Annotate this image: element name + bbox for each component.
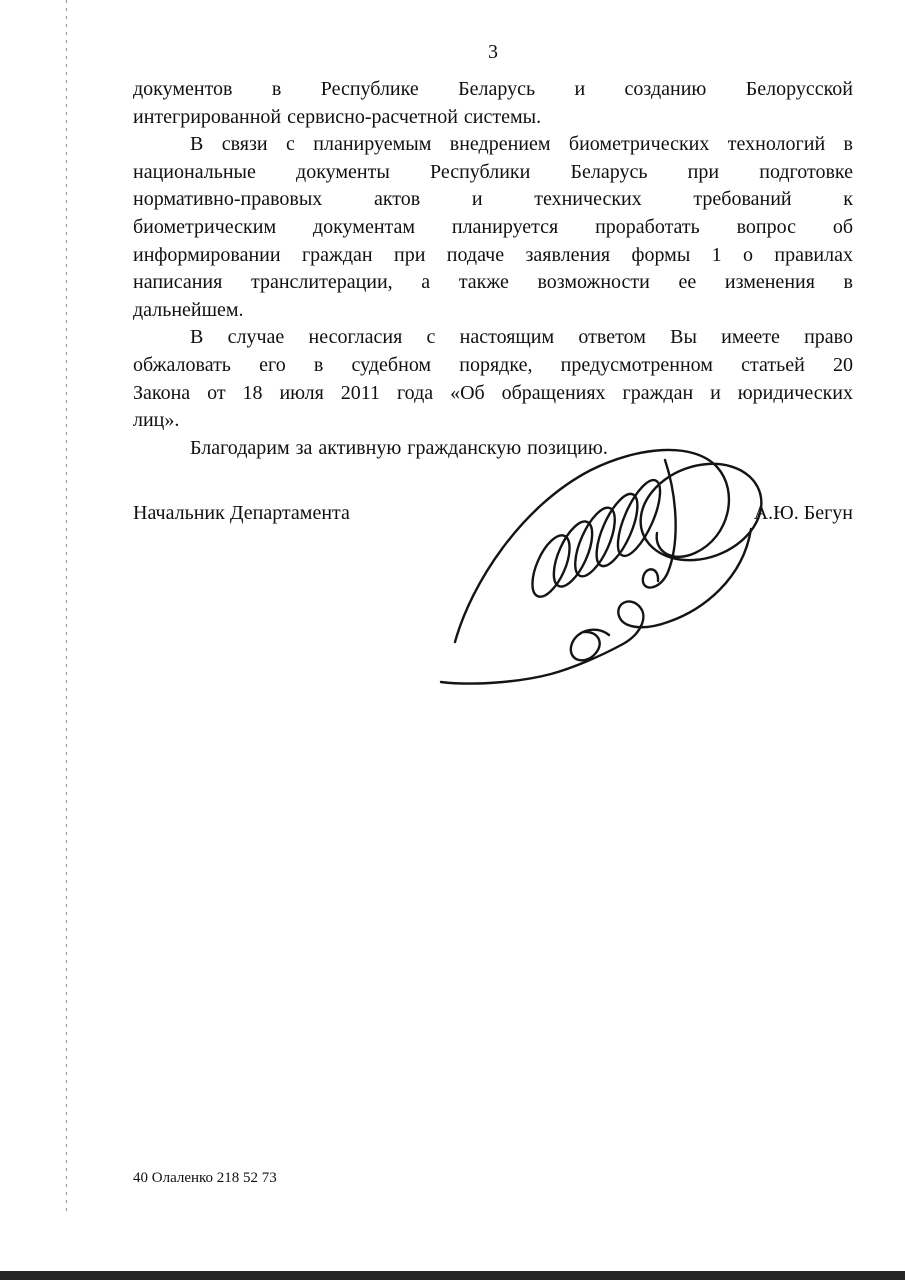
text-line: национальные документы Республики Белару… bbox=[133, 159, 853, 187]
scan-bottom-edge-bar bbox=[0, 1271, 905, 1280]
text-line: Благодарим за активную гражданскую позиц… bbox=[133, 435, 853, 463]
executor-footer-note: 40 Олаленко 218 52 73 bbox=[133, 1168, 277, 1188]
page-number: 3 bbox=[133, 40, 853, 64]
scan-edge-dashed-line bbox=[66, 0, 67, 1216]
text-line: дальнейшем. bbox=[133, 297, 853, 325]
letter-body: документов в Республике Беларусь и созда… bbox=[133, 76, 853, 462]
text-line: биометрическим документам планируется пр… bbox=[133, 214, 853, 242]
signatory-name: А.Ю. Бегун bbox=[754, 500, 853, 527]
text-line: интегрированной сервисно-расчетной систе… bbox=[133, 104, 853, 132]
text-line: написания транслитерации, а также возмож… bbox=[133, 269, 853, 297]
text-line: документов в Республике Беларусь и созда… bbox=[133, 76, 853, 104]
signatory-role: Начальник Департамента bbox=[133, 500, 350, 527]
text-line: обжаловать его в судебном порядке, преду… bbox=[133, 352, 853, 380]
text-line: нормативно-правовых актов и технических … bbox=[133, 186, 853, 214]
text-line: Закона от 18 июля 2011 года «Об обращени… bbox=[133, 380, 853, 408]
scanned-letter-page: 3 документов в Республике Беларусь и соз… bbox=[0, 0, 905, 1280]
text-line: В случае несогласия с настоящим ответом … bbox=[133, 324, 853, 352]
signature-block: Начальник Департамента А.Ю. Бегун bbox=[133, 500, 853, 527]
text-line: лиц». bbox=[133, 407, 853, 435]
text-line: информировании граждан при подаче заявле… bbox=[133, 242, 853, 270]
text-line: В связи с планируемым внедрением биометр… bbox=[133, 131, 853, 159]
handwritten-signature-scribble bbox=[433, 434, 785, 686]
